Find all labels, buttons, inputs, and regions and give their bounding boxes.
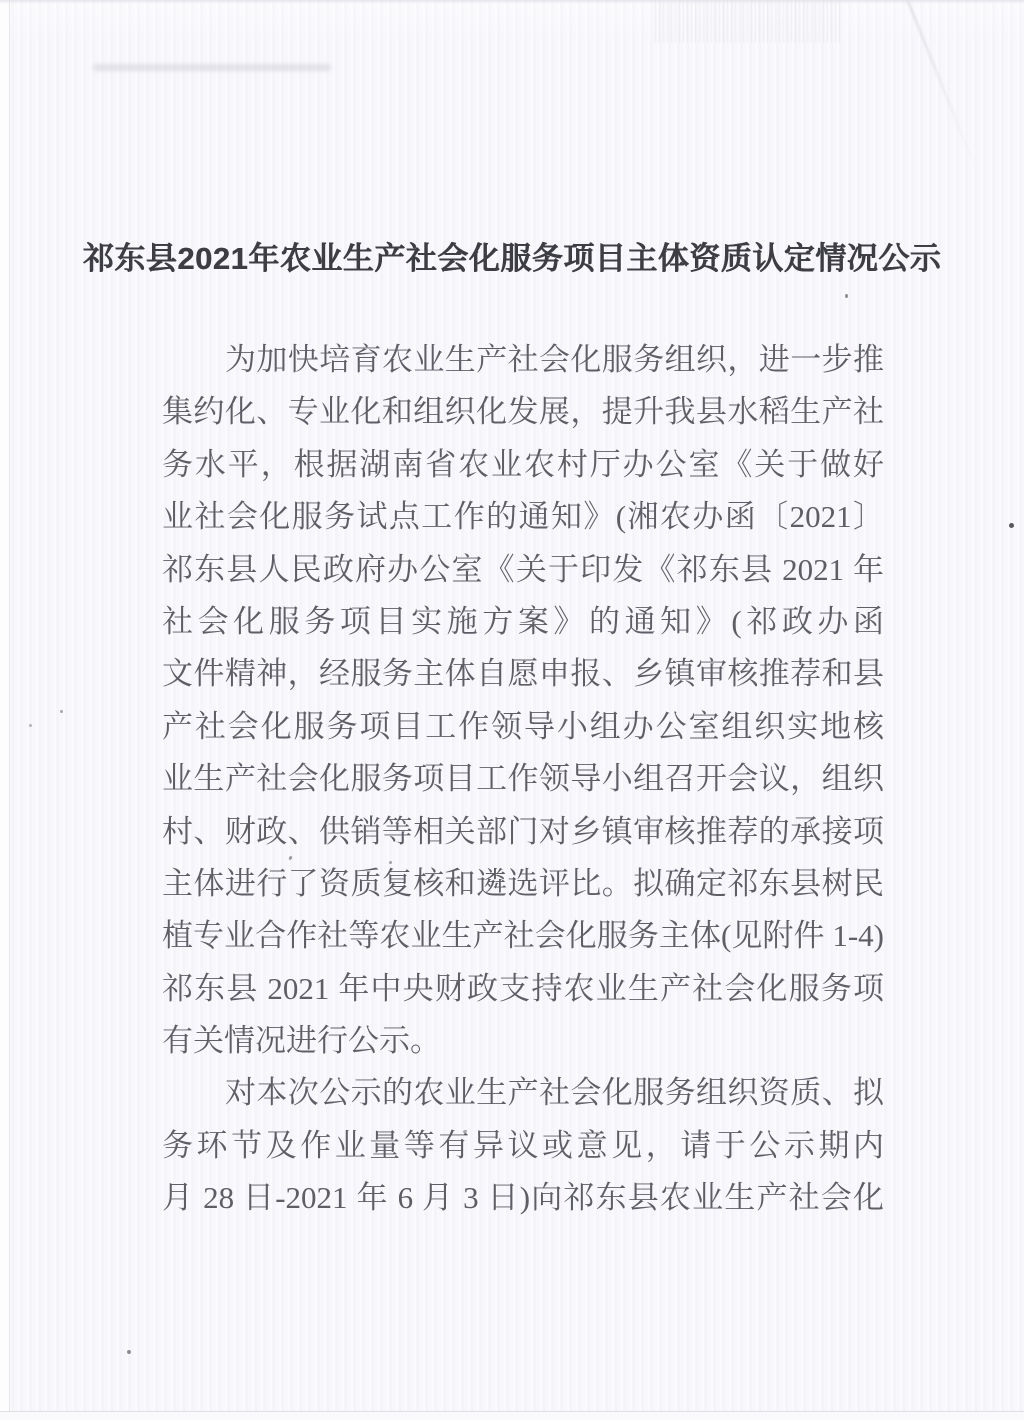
scan-smudge xyxy=(93,64,331,71)
scan-page-edge-left xyxy=(0,0,10,1420)
scan-page-edge-top xyxy=(0,0,1024,4)
text-line: 文件精神，经服务主体自愿申报、乡镇审核推荐和县农业生 xyxy=(162,648,884,700)
text-line: 植专业合作社等农业生产社会化服务主体(见附件 1-4)承担 xyxy=(162,910,884,962)
text-line: 有关情况进行公示。 xyxy=(162,1015,884,1067)
text-line: 月 28 日-2021 年 6 月 3 日)向祁东县农业生产社会化服务项目 xyxy=(162,1172,884,1224)
text-line: 为加快培育农业生产社会化服务组织，进一步推动农业 xyxy=(162,334,884,386)
scan-crease xyxy=(904,0,977,171)
text-line: 社会化服务项目实施方案》的通知》(祁政办函〔2021〕5 号) xyxy=(162,596,884,648)
text-line: 产社会化服务项目工作领导小组办公室组织实地核查，县农 xyxy=(162,701,884,753)
text-line: 村、财政、供销等相关部门对乡镇审核推荐的承接项目服务 xyxy=(162,806,884,858)
text-line: 祁东县 2021 年中央财政支持农业生产社会化服务项目,现将 xyxy=(162,963,884,1015)
scan-speck xyxy=(127,1350,131,1354)
text-line: 业生产社会化服务项目工作领导小组召开会议，组织农业农 xyxy=(162,753,884,805)
scan-speck xyxy=(1009,523,1014,528)
text-line: 主体进行了资质复核和遴选评比。拟确定祁东县树民农民种 xyxy=(162,858,884,910)
document-title: 祁东县2021年农业生产社会化服务项目主体资质认定情况公示 xyxy=(0,233,1024,278)
scan-speck xyxy=(389,861,392,864)
text-line: 对本次公示的农业生产社会化服务组织资质、拟承担服 xyxy=(162,1067,884,1119)
scan-speck xyxy=(29,724,32,727)
document-page: 祁东县2021年农业生产社会化服务项目主体资质认定情况公示 为加快培育农业生产社… xyxy=(0,0,1024,1420)
document-body: 为加快培育农业生产社会化服务组织，进一步推动农业 集约化、专业化和组织化发展，提… xyxy=(162,334,884,1225)
text-line: 业社会化服务试点工作的通知》(湘农办函〔2021〕16 号)和 xyxy=(162,491,884,543)
text-line: 务环节及作业量等有异议或意见，请于公示期内(2021 年 5 xyxy=(162,1120,884,1172)
scan-page-edge-bottom xyxy=(0,1411,1024,1420)
scan-speck xyxy=(60,710,63,713)
text-line: 务水平，根据湖南省农业农村厅办公室《关于做好 2021 年农 xyxy=(162,439,884,491)
text-line: 祁东县人民政府办公室《关于印发《祁东县 2021 年农业生产 xyxy=(162,544,884,596)
scan-streaks xyxy=(655,0,840,42)
scan-speck xyxy=(845,294,848,298)
text-line: 集约化、专业化和组织化发展，提升我县水稻生产社会化服 xyxy=(162,386,884,438)
